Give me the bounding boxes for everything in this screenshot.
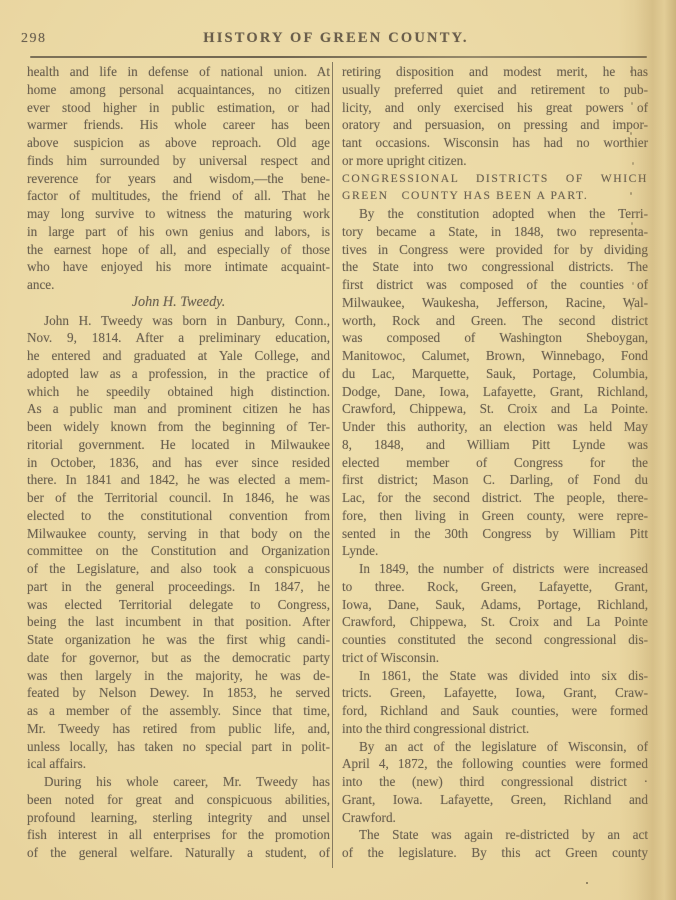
book-page: 298 HISTORY OF GREEN COUNTY. health and …	[0, 0, 676, 900]
text-line: of the legislature. By this act Green co…	[342, 844, 648, 862]
text-line: ance.	[27, 276, 330, 294]
text-line: Iowa, Dane, Sauk, Adams, Portage, Richla…	[342, 596, 648, 614]
text-line: into the (new) third congressional distr…	[342, 773, 648, 791]
text-line: being the last incumbent in that positio…	[27, 613, 330, 631]
text-line: first district; Mason C. Darling, of Fon…	[342, 471, 648, 489]
text-line: trict of Wisconsin.	[342, 649, 648, 667]
text-line: warmer friends. His whole career has bee…	[27, 116, 330, 134]
left-column: health and life in defense of national u…	[27, 63, 330, 862]
text-line: Under this authority, an election was he…	[342, 418, 648, 436]
text-line: adopted law as a profession, in the prac…	[27, 365, 330, 383]
text-line: Lac, for the second district. The people…	[342, 489, 648, 507]
text-line: du Lac, Marquette, Sauk, Portage, Columb…	[342, 365, 648, 383]
text-line: usually preferred quiet and retirement t…	[342, 81, 648, 99]
text-line: Manitowoc, Calumet, Brown, Winnebago, Fo…	[342, 347, 648, 365]
text-line: to three. Rock, Green, Lafayette, Grant,	[342, 578, 648, 596]
text-line: of the general welfare. Naturally a stud…	[27, 844, 330, 862]
column-divider	[332, 62, 333, 868]
text-line: home among personal acquaintances, no ci…	[27, 81, 330, 99]
text-line: ever stood higher in public estimation, …	[27, 99, 330, 117]
text-line: Milwaukee county, serving in that body o…	[27, 525, 330, 543]
text-line: into the third congressional district.	[342, 720, 648, 738]
text-line: committee on the Constitution and Organi…	[27, 542, 330, 560]
text-line: tives in Congress were provided for by d…	[342, 241, 648, 259]
text-line: finds him surrounded by universal respec…	[27, 152, 330, 170]
text-line: ical affairs.	[27, 755, 330, 773]
text-line: Mr. Tweedy has retired from public life,…	[27, 720, 330, 738]
text-line: the State into two congressional distric…	[342, 258, 648, 276]
text-line: Crawford.	[342, 809, 648, 827]
text-line: Crawford, Chippewa, St. Croix and La Poi…	[342, 400, 648, 418]
text-line: there. In 1841 and 1842, he was elected …	[27, 471, 330, 489]
text-line: health and life in defense of national u…	[27, 63, 330, 81]
text-line: ber of the Territorial council. In 1846,…	[27, 489, 330, 507]
text-line: Milwaukee, Waukesha, Jefferson, Racine, …	[342, 294, 648, 312]
text-line: who have enjoyed his more intimate acqua…	[27, 258, 330, 276]
text-line: was composed of Washington Sheboygan,	[342, 329, 648, 347]
text-line: the earnest hope of all, and especially …	[27, 241, 330, 259]
text-line: factor of multitudes, the friend of all.…	[27, 187, 330, 205]
text-line: In 1849, the number of districts were in…	[342, 560, 648, 578]
text-line: elected to the constitutional convention…	[27, 507, 330, 525]
header-rule	[30, 56, 647, 58]
text-line: was elected Territorial delegate to Cong…	[27, 596, 330, 614]
text-line: 8, 1848, and William Pitt Lynde was	[342, 436, 648, 454]
text-line: feated by Nelson Dewey. In 1853, he serv…	[27, 684, 330, 702]
text-line: State organization he was the first whig…	[27, 631, 330, 649]
text-line: of the Legislature, and also took a cons…	[27, 560, 330, 578]
text-line: As a public man and prominent citizen he…	[27, 400, 330, 418]
text-line: he entered and graduated at Yale College…	[27, 347, 330, 365]
text-line: By the constitution adopted when the Ter…	[342, 205, 648, 223]
text-line: oratory and persuasion, on pressing and …	[342, 116, 648, 134]
text-line: elected member of Congress for the	[342, 454, 648, 472]
text-line: in large part of his own genius and labo…	[27, 223, 330, 241]
text-line: During his whole career, Mr. Tweedy has	[27, 773, 330, 791]
text-line: which he speedily obtained high distinct…	[27, 383, 330, 401]
text-line: in October, 1836, and has ever since res…	[27, 454, 330, 472]
text-line: first district was composed of the count…	[342, 276, 648, 294]
text-line: may long survive to witness the maturing…	[27, 205, 330, 223]
text-line: unless locally, has taken no special par…	[27, 738, 330, 756]
text-line: By an act of the legislature of Wisconsi…	[342, 738, 648, 756]
text-line: John H. Tweedy was born in Danbury, Conn…	[27, 312, 330, 330]
text-line: been noted for great and conspicuous abi…	[27, 791, 330, 809]
text-line: In 1861, the State was divided into six …	[342, 667, 648, 685]
text-line: Crawford, Chippewa, St. Croix and La Poi…	[342, 613, 648, 631]
text-line: fish interest in all enterprises for the…	[27, 826, 330, 844]
text-line: ford, Richland and Sauk counties, were f…	[342, 702, 648, 720]
text-line: Nov. 9, 1814. After a preliminary educat…	[27, 329, 330, 347]
text-line: Lynde.	[342, 542, 648, 560]
text-line: fore, then living in Green county, were …	[342, 507, 648, 525]
section-heading-congressional-line1: CONGRESSIONAL DISTRICTS OF WHICH GREEN	[342, 170, 648, 188]
text-line: tory became a State, in 1848, two repres…	[342, 223, 648, 241]
text-line: above suspicion as above reproach. Old a…	[27, 134, 330, 152]
text-line: profound learning, sterling integrity an…	[27, 809, 330, 827]
text-line: Dodge, Dane, Iowa, Lafayette, Grant, Ric…	[342, 383, 648, 401]
section-heading-tweedy: John H. Tweedy.	[27, 294, 330, 312]
right-column: retiring disposition and modest merit, h…	[342, 63, 648, 862]
text-line: sented in the 30th Congress by William P…	[342, 525, 648, 543]
text-line: retiring disposition and modest merit, h…	[342, 63, 648, 81]
text-line: or more upright citizen.	[342, 152, 648, 170]
ink-speck	[586, 882, 588, 884]
running-title: HISTORY OF GREEN COUNTY.	[0, 30, 672, 47]
text-line: Grant, Iowa. Lafayette, Green, Richland …	[342, 791, 648, 809]
page-edge-specks	[630, 70, 632, 73]
text-line: as a member of the assembly. Since that …	[27, 702, 330, 720]
text-line: The State was again re-districted by an …	[342, 826, 648, 844]
text-line: tricts. Green, Lafayette, Iowa, Grant, C…	[342, 684, 648, 702]
text-line: part in the general proceedings. In 1847…	[27, 578, 330, 596]
text-line: licity, and only exercised his great pow…	[342, 99, 648, 117]
text-line: ritorial government. He located in Milwa…	[27, 436, 330, 454]
text-line: April 4, 1872, the following counties we…	[342, 755, 648, 773]
text-line: been widely known from the beginning of …	[27, 418, 330, 436]
text-line: counties constituted the second congress…	[342, 631, 648, 649]
text-line: tant occasions. Wisconsin has had no wor…	[342, 134, 648, 152]
text-line: date for governor, but as the democratic…	[27, 649, 330, 667]
text-line: reverence for years and wisdom,—the bene…	[27, 170, 330, 188]
text-line: was then largely in the majority, he was…	[27, 667, 330, 685]
text-line: worth, Rock and Green. The second distri…	[342, 312, 648, 330]
